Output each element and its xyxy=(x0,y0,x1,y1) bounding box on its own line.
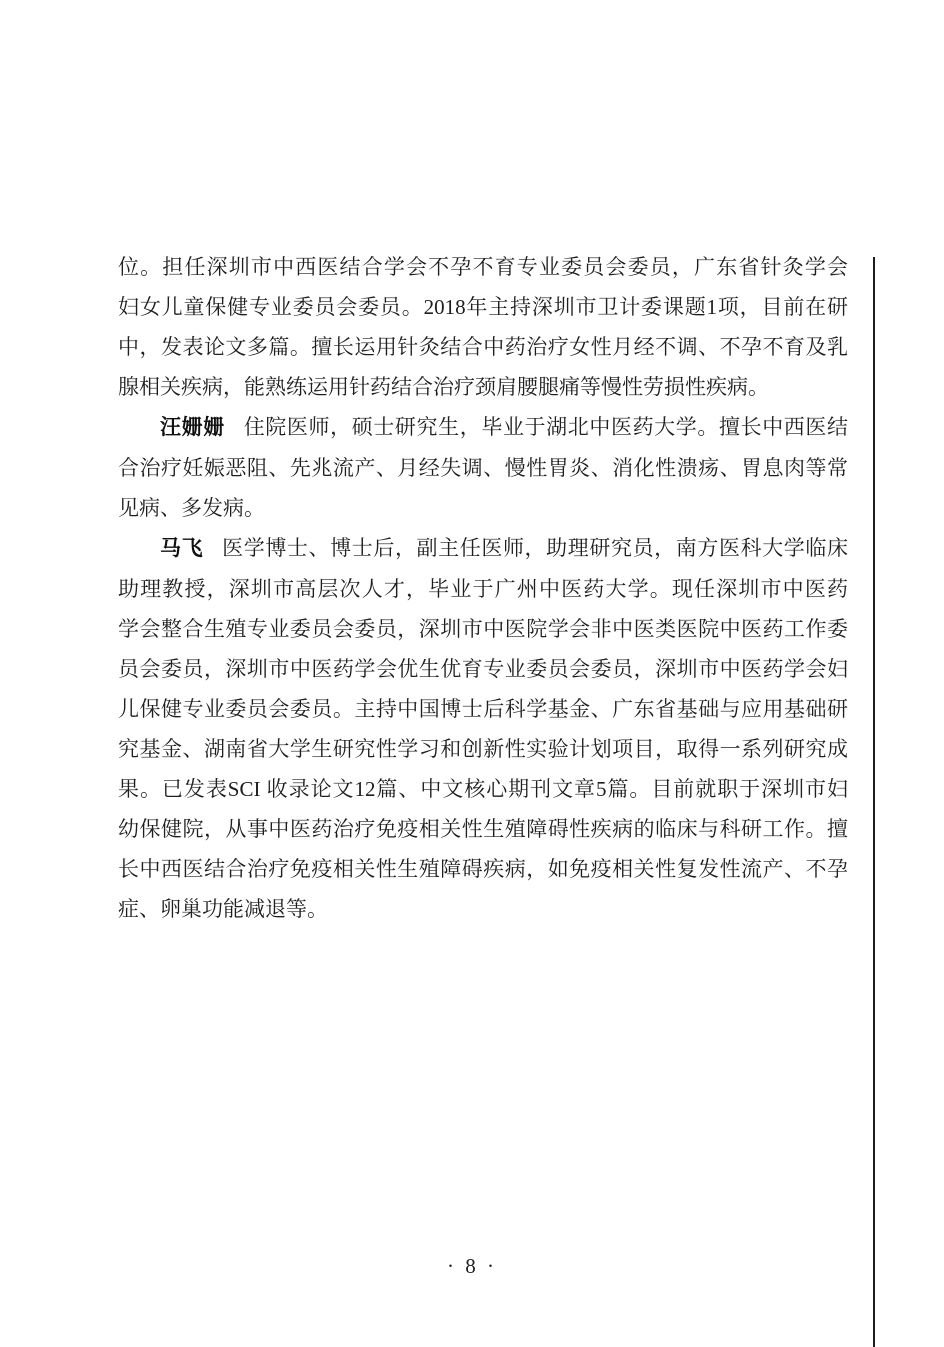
person-name: 汪姗姗 xyxy=(160,416,225,439)
text-line: 位。担任深圳市中西医结合学会不孕不育专业委员会委员，广东省针灸学会 xyxy=(118,247,848,287)
text-line: 儿保健专业委员会委员。主持中国博士后科学基金、广东省基础与应用基础研 xyxy=(118,689,848,729)
document-page: 位。担任深圳市中西医结合学会不孕不育专业委员会委员，广东省针灸学会妇女儿童保健专… xyxy=(0,0,944,1347)
page-border-line xyxy=(873,257,875,1347)
text-line: 中，发表论文多篇。擅长运用针灸结合中药治疗女性月经不调、不孕不育及乳 xyxy=(118,327,848,367)
document-body: 位。担任深圳市中西医结合学会不孕不育专业委员会委员，广东省针灸学会妇女儿童保健专… xyxy=(118,247,848,929)
text-line: 腺相关疾病，能熟练运用针药结合治疗颈肩腰腿痛等慢性劳损性疾病。 xyxy=(118,367,848,407)
text-line: 症、卵巢功能减退等。 xyxy=(118,889,848,929)
text-line: 员会委员，深圳市中医药学会优生优育专业委员会委员，深圳市中医药学会妇 xyxy=(118,649,848,689)
text-line: 助理教授，深圳市高层次人才，毕业于广州中医药大学。现任深圳市中医药 xyxy=(118,569,848,609)
text-line: 汪姗姗住院医师，硕士研究生，毕业于湖北中医药大学。擅长中西医结 xyxy=(118,407,848,448)
text-line: 妇女儿童保健专业委员会委员。2018年主持深圳市卫计委课题1项，目前在研 xyxy=(118,287,848,327)
text-line: 幼保健院，从事中医药治疗免疫相关性生殖障碍性疾病的临床与科研工作。擅 xyxy=(118,809,848,849)
page-number: · 8 · xyxy=(0,1254,944,1279)
text-line: 长中西医结合治疗免疫相关性生殖障碍疾病，如免疫相关性复发性流产、不孕 xyxy=(118,849,848,889)
person-name: 马飞 xyxy=(160,537,203,560)
text-line: 学会整合生殖专业委员会委员，深圳市中医院学会非中医类医院中医药工作委 xyxy=(118,609,848,649)
text-line: 见病、多发病。 xyxy=(118,488,848,528)
text-line: 果。已发表SCI 收录论文12篇、中文核心期刊文章5篇。目前就职于深圳市妇 xyxy=(118,769,848,809)
text-line: 合治疗妊娠恶阻、先兆流产、月经失调、慢性胃炎、消化性溃疡、胃息肉等常 xyxy=(118,448,848,488)
text-line: 马飞医学博士、博士后，副主任医师，助理研究员，南方医科大学临床 xyxy=(118,528,848,569)
text-line: 究基金、湖南省大学生研究性学习和创新性实验计划项目，取得一系列研究成 xyxy=(118,729,848,769)
